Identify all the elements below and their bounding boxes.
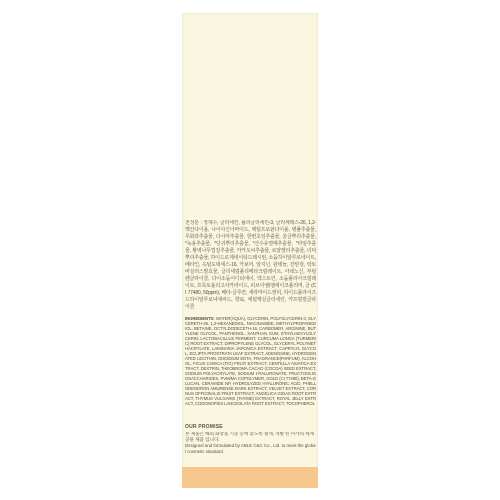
bottom-accent-band — [182, 467, 318, 488]
our-promise-heading: OUR PROMISE — [185, 424, 316, 431]
product-box-back-panel: 전성분 : 정제수, 글리세린, 폴리글리세린-3, 글리세레스-26, 1,2… — [182, 13, 318, 488]
promise-english-text: Designed and formulated by ABLE C&C Co.,… — [185, 443, 316, 455]
photo-background: 전성분 : 정제수, 글리세린, 폴리글리세린-3, 글리세레스-26, 1,2… — [0, 0, 500, 500]
ingredients-korean-text: 전성분 : 정제수, 글리세린, 폴리글리세린-3, 글리세레스-26, 1,2… — [185, 220, 316, 315]
ingredients-english-text: INGREDIENTS: WATER(AQUA), GLYCERIN, POLY… — [185, 316, 316, 423]
ingredients-english-list: WATER(AQUA), GLYCERIN, POLYGLYCERIN-3, G… — [185, 316, 316, 406]
